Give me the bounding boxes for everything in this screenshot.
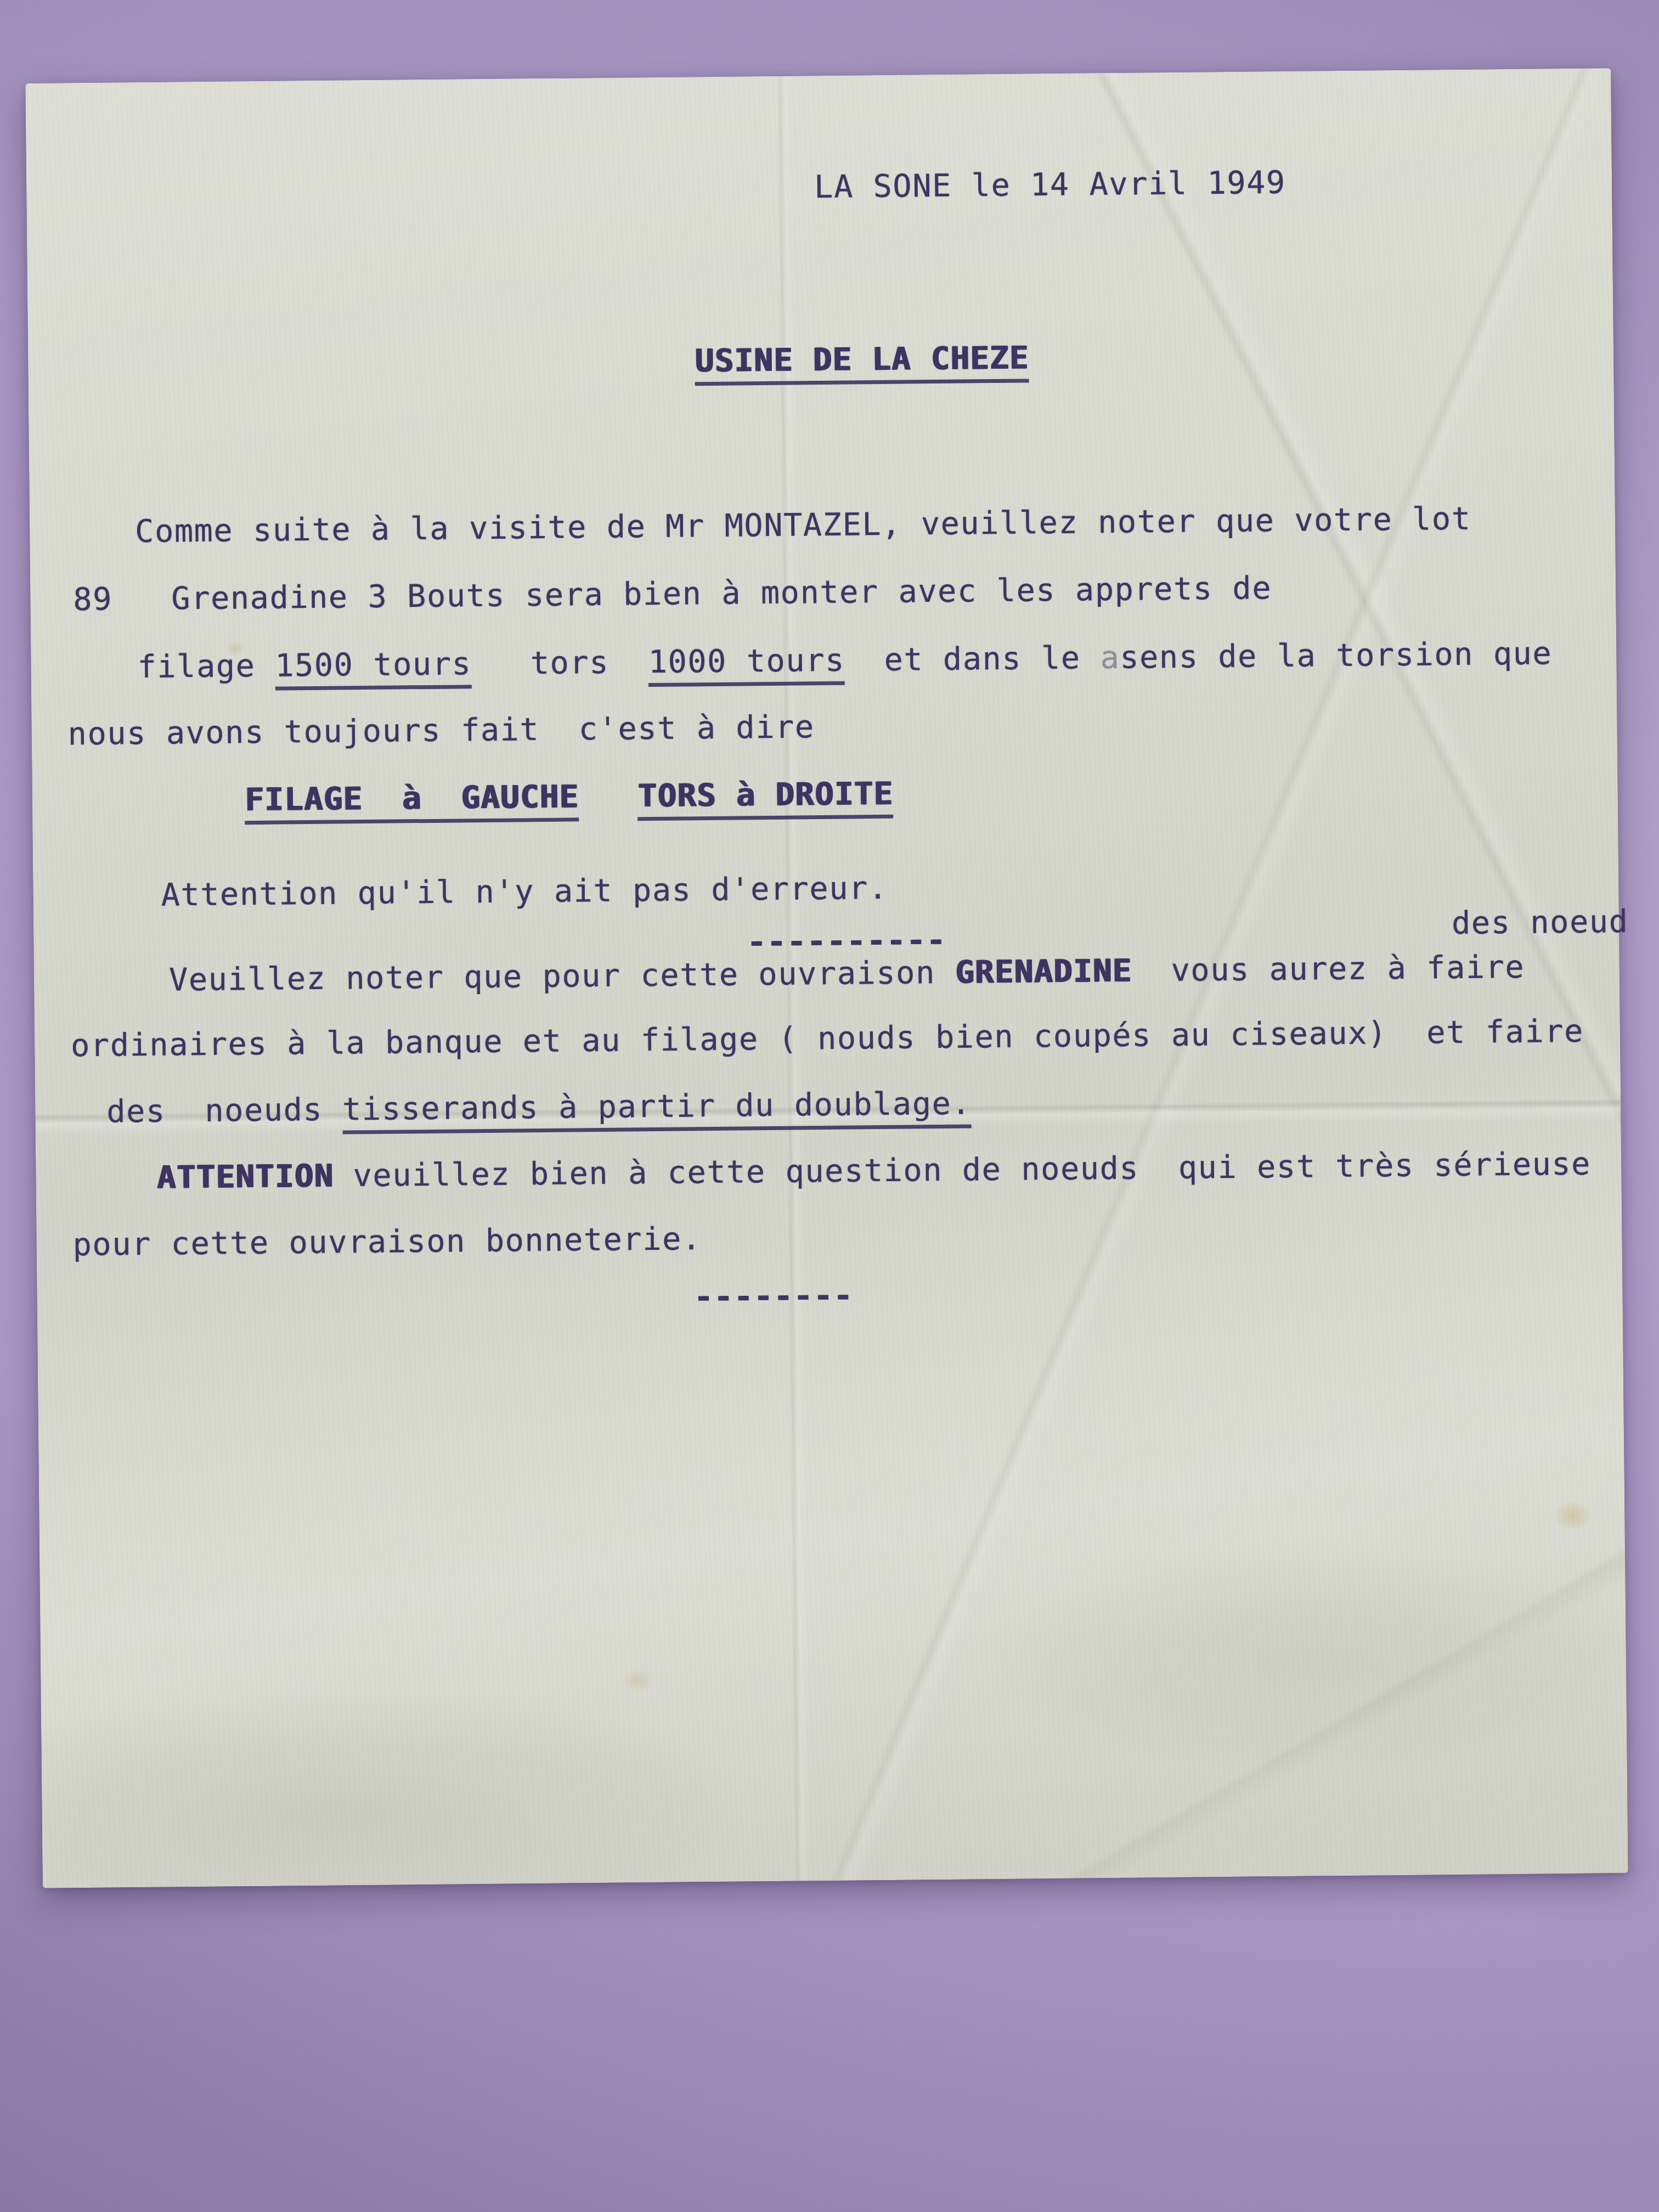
photo-background: LA SONE le 14 Avril 1949 USINE DE LA CHE… xyxy=(0,0,1659,2212)
body-line-7-seg: Veuillez noter que pour cette ouvraison xyxy=(169,955,955,998)
body-line-4: nous avons toujours fait c'est à dire xyxy=(67,712,815,750)
underlined-tors-a-droite: TORS à DROITE xyxy=(637,776,893,821)
overstruck-letter: a xyxy=(1100,640,1120,676)
body-line-3: filage 1500 tours tors 1000 tours et dan… xyxy=(137,638,1552,683)
body-line-7: Veuillez noter que pour cette ouvraison … xyxy=(169,952,1525,996)
underlined-1000-tours: 1000 tours xyxy=(648,642,845,687)
body-line-9: des noeuds tisserands à partir du doubla… xyxy=(106,1088,971,1127)
body-line-2: 89 Grenadine 3 Bouts sera bien à monter … xyxy=(73,573,1272,616)
margin-overflow-text: des noeud xyxy=(1452,906,1629,939)
body-line-5-gap xyxy=(578,778,637,815)
body-line-1-text: Comme suite à la visite de Mr MONTAZEL, … xyxy=(135,501,1471,550)
body-line-3-seg: sens de la torsion que xyxy=(1120,635,1553,676)
dashed-separator-2: -------- xyxy=(693,1280,853,1313)
attention-emphasis: ATTENTION xyxy=(156,1158,334,1196)
paper-stain xyxy=(622,1668,653,1693)
body-line-3-seg: tors xyxy=(471,644,648,682)
body-line-5: FILAGE à GAUCHE TORS à DROITE xyxy=(245,778,893,816)
body-line-8-text: ordinaires à la banque et au filage ( no… xyxy=(71,1013,1584,1064)
body-line-3-seg: et dans le xyxy=(845,640,1101,678)
underlined-filage-a-gauche: FILAGE à GAUCHE xyxy=(245,778,579,825)
overflow-des-noeud: des noeud xyxy=(1452,904,1629,941)
date-text: LA SONE le 14 Avril 1949 xyxy=(814,165,1286,205)
body-line-3-seg: filage xyxy=(137,648,275,685)
body-line-9-seg: des noeuds xyxy=(106,1091,342,1130)
body-line-6-text: Attention qu'il n'y ait pas d'erreur. xyxy=(161,870,888,913)
dashes-text: -------- xyxy=(693,1278,853,1316)
body-line-2-text: 89 Grenadine 3 Bouts sera bien à monter … xyxy=(73,570,1272,618)
letter-paper: LA SONE le 14 Avril 1949 USINE DE LA CHE… xyxy=(25,68,1628,1888)
body-line-11-text: pour cette ouvraison bonneterie. xyxy=(72,1221,702,1263)
body-line-7-seg: vous aurez à faire xyxy=(1132,949,1525,989)
body-line-11: pour cette ouvraison bonneterie. xyxy=(72,1223,702,1261)
letter-title: USINE DE LA CHEZE xyxy=(695,342,1029,377)
grenadine-emphasis: GRENADINE xyxy=(955,953,1132,991)
body-line-8: ordinaires à la banque et au filage ( no… xyxy=(71,1016,1584,1062)
dashed-separator-1: ---------- xyxy=(747,925,946,958)
body-line-6: Attention qu'il n'y ait pas d'erreur. xyxy=(161,873,888,911)
underlined-1500-tours: 1500 tours xyxy=(275,646,472,690)
underlined-tisserands: tisserands à partir du doublage. xyxy=(342,1085,972,1134)
body-line-10-seg: veuillez bien à cette question de noeuds… xyxy=(333,1146,1591,1194)
paper-stain xyxy=(1553,1500,1592,1531)
title-text: USINE DE LA CHEZE xyxy=(695,340,1029,386)
date-line: LA SONE le 14 Avril 1949 xyxy=(814,167,1286,203)
body-line-1: Comme suite à la visite de Mr MONTAZEL, … xyxy=(135,504,1471,548)
body-line-4-text: nous avons toujours fait c'est à dire xyxy=(67,709,815,752)
body-line-10: ATTENTION veuillez bien à cette question… xyxy=(156,1149,1591,1194)
